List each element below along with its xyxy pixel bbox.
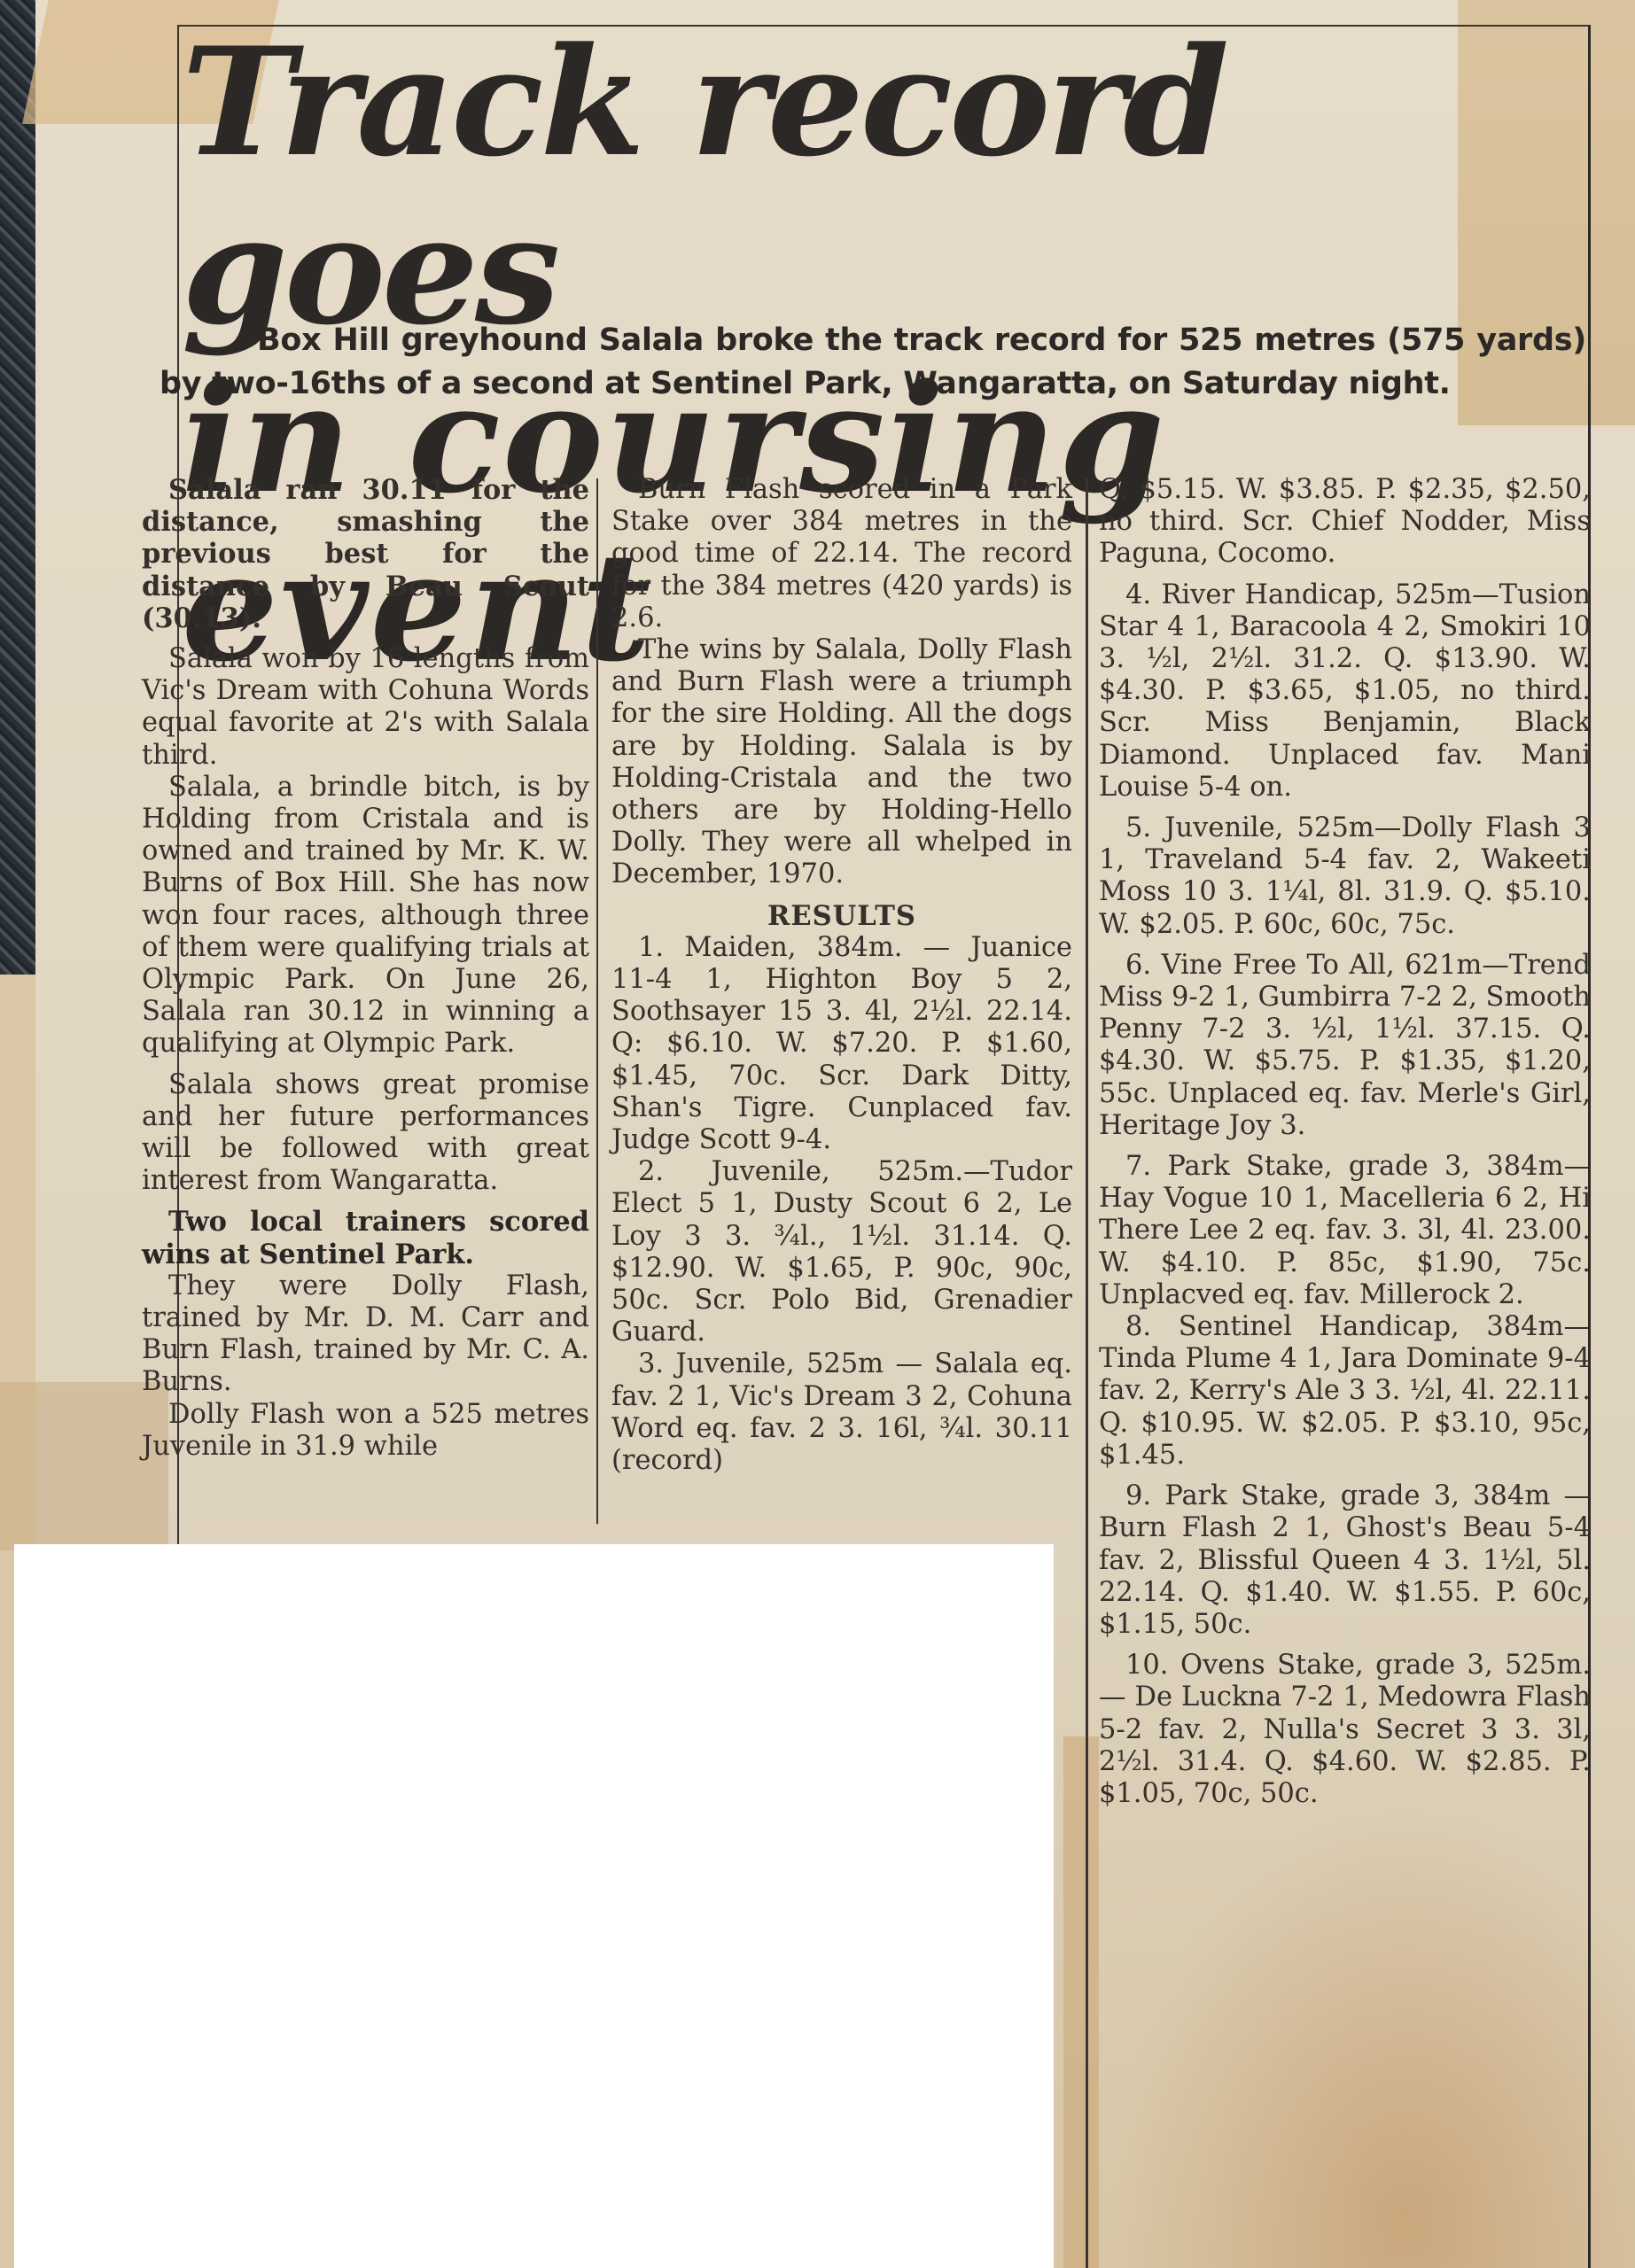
body-paragraph: Salala won by 16 lengths from Vic's Drea… (142, 643, 589, 772)
result-entry: 9. Park Stake, grade 3, 384m — Burn Flas… (1099, 1480, 1591, 1641)
body-paragraph: Burn Flash scored in a Park Stake over 3… (611, 474, 1072, 634)
result-entry: 3. Juvenile, 525m — Salala eq. fav. 2 1,… (611, 1348, 1072, 1477)
body-paragraph: They were Dolly Flash, trained by Mr. D.… (142, 1270, 589, 1399)
body-paragraph: Salala shows great promise and her futur… (142, 1069, 589, 1198)
standfirst: Box Hill greyhound Salala broke the trac… (160, 319, 1586, 406)
body-paragraph: The wins by Salala, Dolly Flash and Burn… (611, 634, 1072, 891)
result-entry: 7. Park Stake, grade 3, 384m—Hay Vogue 1… (1099, 1151, 1591, 1311)
column-1: Salala ran 30.11 for the distance, smash… (142, 474, 589, 1463)
column-rule-2 (1086, 478, 1088, 2268)
column-3: Q. $5.15. W. $3.85. P. $2.35, $2.50, no … (1099, 474, 1591, 1810)
body-paragraph: Dolly Flash won a 525 metres Juvenile in… (142, 1399, 589, 1463)
column-rule-1 (596, 478, 598, 1524)
subhead: Two local trainers scored wins at Sentin… (142, 1206, 589, 1270)
results-heading: RESULTS (611, 900, 1072, 932)
body-paragraph: Salala, a brindle bitch, is by Holding f… (142, 772, 589, 1060)
standfirst-text: Box Hill greyhound Salala broke the trac… (160, 319, 1586, 406)
result-entry: 8. Sentinel Handicap, 384m—Tinda Plume 4… (1099, 1311, 1591, 1472)
result-entry: 2. Juvenile, 525m.—Tudor Elect 5 1, Dust… (611, 1156, 1072, 1348)
result-entry: 1. Maiden, 384m. — Juanice 11-4 1, Hight… (611, 932, 1072, 1156)
headline-line-1: Track record goes (182, 18, 1619, 354)
result-continuation: Q. $5.15. W. $3.85. P. $2.35, $2.50, no … (1099, 474, 1591, 571)
blank-region (14, 1544, 1054, 2268)
result-entry: 10. Ovens Stake, grade 3, 525m. — De Luc… (1099, 1650, 1591, 1810)
result-entry: 6. Vine Free To All, 621m—Trend Miss 9-2… (1099, 950, 1591, 1142)
result-entry: 4. River Handicap, 525m—Tusion Star 4 1,… (1099, 579, 1591, 804)
lead-paragraph: Salala ran 30.11 for the distance, smash… (142, 474, 589, 634)
result-entry: 5. Juvenile, 525m—Dolly Flash 3 1, Trave… (1099, 812, 1591, 941)
column-2: Burn Flash scored in a Park Stake over 3… (611, 474, 1072, 1477)
